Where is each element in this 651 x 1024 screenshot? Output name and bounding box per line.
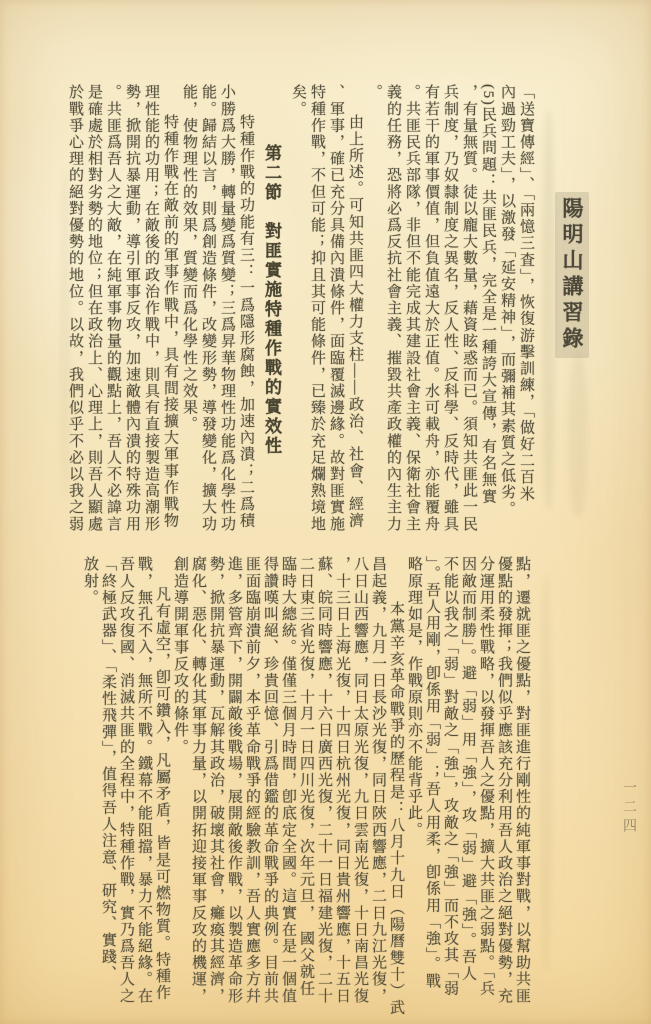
section-heading: 第二節 對匪實施特種作戰的實效性: [262, 84, 281, 536]
text-column: 八日山西響應，同日太原光復，九日雲南光復，十日南昌光復: [351, 556, 369, 1008]
text-column: 本黨辛亥革命戰爭的歷程是：八月十九日（陽曆雙十）武: [387, 556, 405, 1008]
text-column: 腐化、惡化、轉化其軍事力量，以開拓迎接軍事反攻的機運，: [189, 556, 207, 1008]
text-column: 義的任務，恐將必爲反抗社會主義、摧毀共產政權的內生主力: [383, 84, 402, 536]
text-column: 特種作戰，不但可能；抑且其可能條件，已臻於充足爛熟境地: [307, 84, 326, 536]
text-column: 放射。: [81, 556, 99, 1008]
text-column: 二日東三省光復，十月一日四川光復，次年元旦， 國父就任: [297, 556, 315, 1008]
text-column: 兵制度，乃奴隸制度之異名，反人性、反科學、反時代，雖具: [440, 84, 459, 536]
text-column: 特種作戰在敵前的軍事作戰中，具有間接擴大軍事作戰物: [160, 84, 179, 536]
text-column: ，有量無質。徒以龐大數量，藉資眩惑而已。須知共匪此一民: [459, 84, 478, 536]
text-column: 蘇、皖同時響應，十六日廣西光復，二十一日福建光復，二十: [315, 556, 333, 1008]
text-column: 。: [364, 84, 383, 536]
text-column: 得讚嘆叫絕、珍貴回憶、引爲借鑑的革命戰爭的典例。目前共: [261, 556, 279, 1008]
text-block-bottom: 點，遷就匪之優點，對匪進行剛性的純軍事對戰，以幫助共匪優點的發揮；我們似乎應該充…: [81, 556, 531, 1008]
scan-smudge: [568, 352, 588, 517]
book-title: 陽明山講習錄: [555, 192, 589, 358]
text-column: 昌起義，九月一日長沙光復，同日陝西響應，二日九江光復，: [369, 556, 387, 1008]
page-number: 一二四: [618, 780, 638, 837]
text-column: 、軍事，確已充分具備內潰條件，面臨覆滅邊緣。故對匪實施: [326, 84, 345, 536]
text-column: 。共匪爲吾人之大敵，在純軍事物量的觀點上，吾人不必諱言: [103, 84, 122, 536]
text-column: 吾人反攻復國、消滅共匪的全程中，特種作戰，實乃爲吾人之: [117, 556, 135, 1008]
text-column: 理性能的功用；在敵後的政治作戰中，則具有直接製造高潮形: [141, 84, 160, 536]
text-column: 「終極武器」、「柔性飛彈」，值得吾人注意、研究、實踐、: [99, 556, 117, 1008]
text-block-top: 「送寶傳經」、「兩憶三査」，恢復游擊訓練，「做好二百米內過勁工夫」，以激發「延安…: [65, 84, 535, 536]
text-column: 臨時大總統。僅僅三個月時間，卽底定全國。這實在是一個值: [279, 556, 297, 1008]
text-column: 「送寶傳經」、「兩憶三査」，恢復游擊訓練，「做好二百米: [516, 84, 535, 536]
text-column: 內過勁工夫」，以激發「延安精神」，而彌補其素質之低劣。: [497, 84, 516, 536]
scanned-page: 陽明山講習錄 一二四 「送寶傳經」、「兩憶三査」，恢復游擊訓練，「做好二百米內過…: [0, 0, 651, 1024]
text-column: 略原理如是，作戰原則亦不能背乎此。: [405, 556, 423, 1008]
text-column: 。共匪民兵部隊，非但不能完成其建設社會主義、保衛社會主: [402, 84, 421, 536]
text-column: 小勝爲大勝，轉量變爲質變；三爲昇華物理性功能爲化學性功: [217, 84, 236, 536]
text-column: 能。歸結以言，則爲創造條件，改變形勢，導發變化，擴大功: [198, 84, 217, 536]
text-column: 由上所述。可知共匪四大權力支柱——政治、社會、經濟: [345, 84, 364, 536]
text-column: 匪面臨崩潰前夕，本乎革命戰爭的經驗教訓，吾人實應多方幷: [243, 556, 261, 1008]
text-column: 優點的發揮；我們似乎應該充分利用吾人政治之絕對優勢，充: [495, 556, 513, 1008]
text-column: 是確處於相對劣勢的地位；但在政治上、心理上，則吾人顯處: [84, 84, 103, 536]
text-column: 因敵而制勝」。避「弱」用「強」，攻「弱」避「強」。吾人: [459, 556, 477, 1008]
text-column: 有若干的軍事價值，但負值遠大於正值。水可載舟，亦能覆舟: [421, 84, 440, 536]
text-column: 戰，無孔不入，無所不戰。鐵幕不能阻擋，暴力不能絕緣。在: [135, 556, 153, 1008]
text-column: 於戰爭心理的絕對優勢的地位。以故，我們似乎不必以我之弱: [65, 84, 84, 536]
text-column: 矣。: [288, 84, 307, 536]
text-column: 特種作戰的功能有三：一爲隱形腐蝕，加速內潰；二爲積: [236, 84, 255, 536]
text-column: 分運用柔性戰略，以發揮吾人之優點，擴大共匪之弱點。「兵: [477, 556, 495, 1008]
text-column: (5)民兵問題：共匪民兵，完全是一種誇大宣傳，有名無實: [478, 84, 497, 536]
text-column: 創造導開軍事反攻的條件。: [171, 556, 189, 1008]
text-column: 進，多管齊下，開闢敵後戰場，展開敵後作戰，以製造革命形: [225, 556, 243, 1008]
text-column: 勢，掀開抗暴運動，導引軍事反攻，加速敵體內潰的特殊功用: [122, 84, 141, 536]
text-column: 不能以我之「弱」對敵之「強」，攻敵之「強」而不攻其「弱: [441, 556, 459, 1008]
text-column: 」。吾人用剛，卽係用「弱」；吾人用柔，卽係用「強」。戰: [423, 556, 441, 1008]
text-column: ，十三日上海光復，十四日杭州光復，同日貴州響應，十五日: [333, 556, 351, 1008]
text-column: 能，使物理性的效果，質變而爲化學性之效果。: [179, 84, 198, 536]
text-column: 凡有虛空，卽可鑽入，凡屬矛盾，皆是可燃物質。特種作: [153, 556, 171, 1008]
text-column: 點，遷就匪之優點，對匪進行剛性的純軍事對戰，以幫助共匪: [513, 556, 531, 1008]
text-column: 勢，掀開抗暴運動，瓦解其政治，破壞其社會，癱瘓其經濟，: [207, 556, 225, 1008]
scan-smudge: [542, 110, 555, 510]
scan-smudge: [540, 575, 552, 970]
